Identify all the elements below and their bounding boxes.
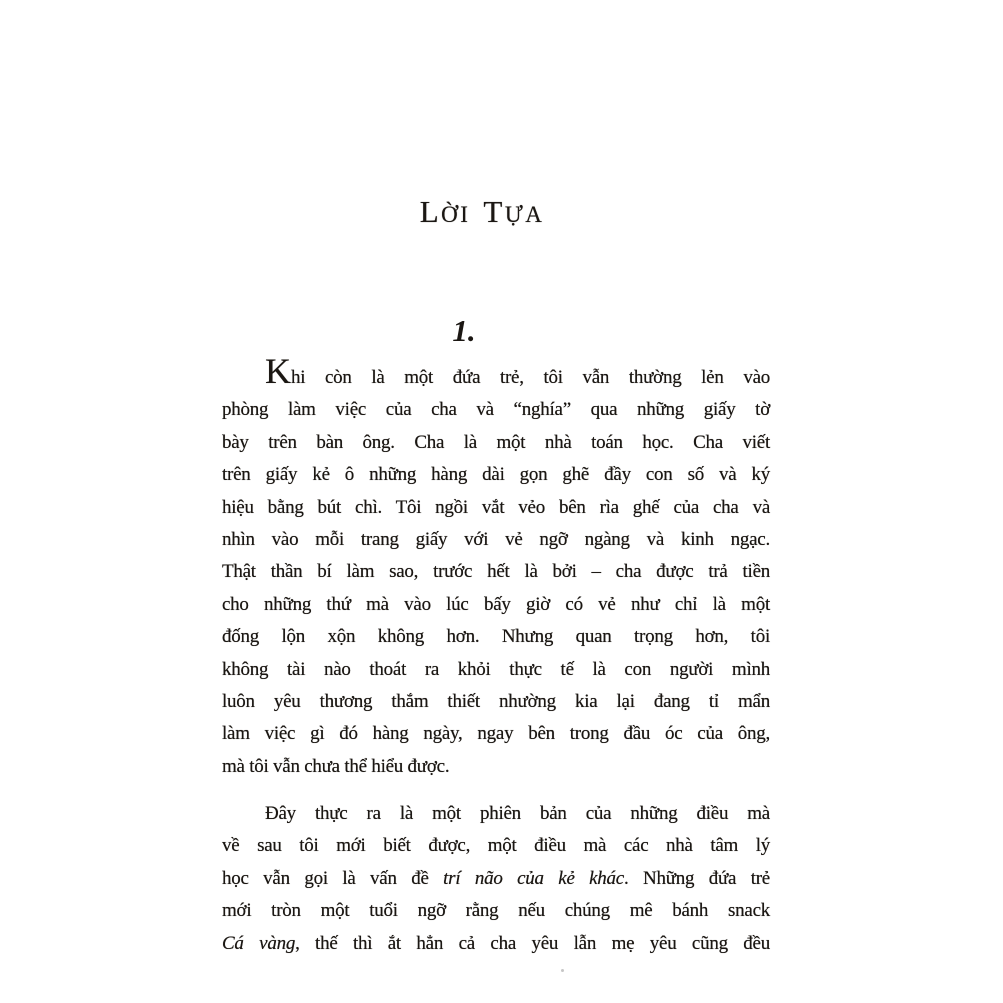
scan-artifact-dot	[561, 969, 564, 972]
title-word: LỜI	[420, 209, 471, 226]
text-line: làm việc gì đó hàng ngày, ngay bên trong…	[222, 718, 770, 750]
section-number: 1.	[190, 313, 738, 349]
title-word-cap: L	[420, 194, 441, 229]
text-line: không tài nào thoát ra khỏi thực tế là c…	[222, 654, 770, 686]
title-word-rest: ỜI	[441, 202, 470, 227]
text-line: mới tròn một tuổi ngỡ rằng nếu chúng mê …	[222, 895, 770, 927]
text-line: học vẫn gọi là vấn đề trí não của kẻ khá…	[222, 863, 770, 895]
text-line-content: hi còn là một đứa trẻ, tôi vẫn thường lẻ…	[291, 367, 770, 388]
paragraph-2: Đây thực ra là một phiên bản của những đ…	[222, 798, 770, 960]
italic-phrase: trí não của kẻ khác	[443, 868, 624, 889]
text-line: Khi còn là một đứa trẻ, tôi vẫn thường l…	[222, 362, 770, 394]
text-line: cho những thứ mà vào lúc bấy giờ có vẻ n…	[222, 589, 770, 621]
title-word-rest: ỰA	[505, 202, 544, 227]
text-line: mà tôi vẫn chưa thể hiểu được.	[222, 751, 770, 783]
text-line: về sau tôi mới biết được, một điều mà cá…	[222, 830, 770, 862]
text-line: Đây thực ra là một phiên bản của những đ…	[222, 798, 770, 830]
text-line-content: . Những đứa trẻ	[624, 868, 770, 889]
drop-cap-initial: K	[265, 351, 291, 391]
paragraph-1: Khi còn là một đứa trẻ, tôi vẫn thường l…	[222, 362, 770, 783]
text-line: luôn yêu thương thắm thiết nhường kia lạ…	[222, 686, 770, 718]
text-line: phòng làm việc của cha và “nghía” qua nh…	[222, 394, 770, 426]
title-word: TỰA	[483, 209, 544, 226]
text-line: Cá vàng, thế thì ắt hẳn cả cha yêu lẫn m…	[222, 928, 770, 960]
text-line: trên giấy kẻ ô những hàng dài gọn ghẽ đầ…	[222, 459, 770, 491]
text-line: đống lộn xộn không hơn. Nhưng quan trọng…	[222, 621, 770, 653]
title-word-cap: T	[483, 194, 504, 229]
text-line-content: học vẫn gọi là vấn đề	[222, 868, 443, 889]
book-page: LỜI TỰA 1. Khi còn là một đứa trẻ, tôi v…	[0, 0, 1003, 1003]
text-line: bày trên bàn ông. Cha là một nhà toán họ…	[222, 427, 770, 459]
text-line: nhìn vào mỗi trang giấy với vẻ ngỡ ngàng…	[222, 524, 770, 556]
preface-title: LỜI TỰA	[208, 194, 756, 230]
text-line-content: , thế thì ắt hẳn cả cha yêu lẫn mẹ yêu c…	[295, 933, 770, 954]
italic-phrase: Cá vàng	[222, 933, 295, 954]
text-line: hiệu bằng bút chì. Tôi ngồi vắt vẻo bên …	[222, 492, 770, 524]
text-line: Thật thần bí làm sao, trước hết là bởi –…	[222, 556, 770, 588]
